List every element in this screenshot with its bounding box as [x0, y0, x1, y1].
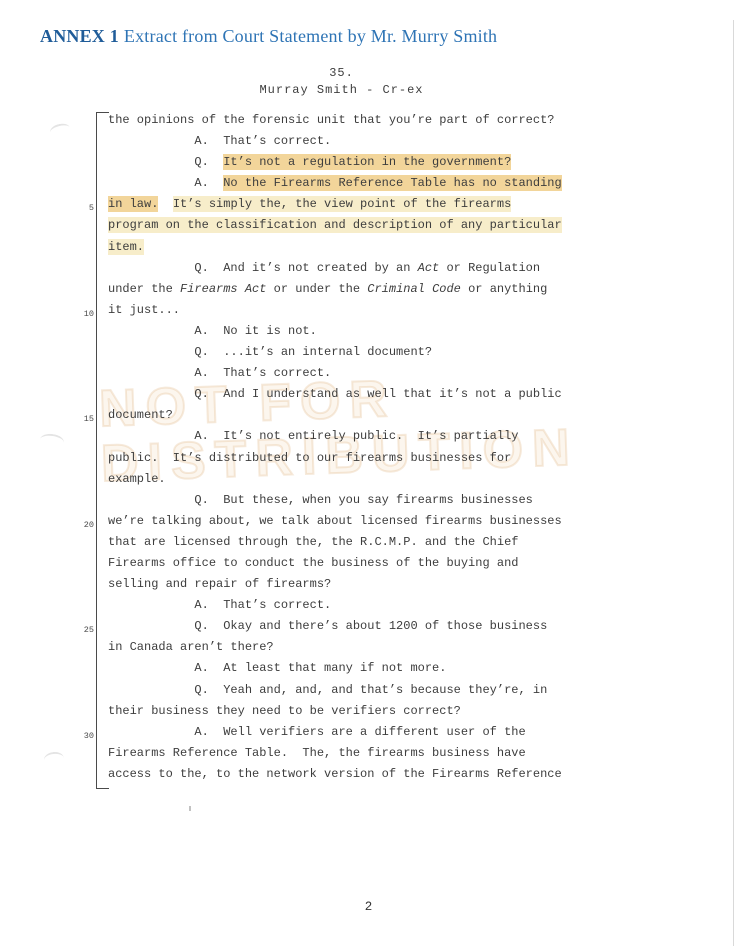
text-segment: Q. And it’s not created by an [108, 261, 418, 275]
line-number: 25 [68, 620, 94, 641]
text-segment: Act [418, 261, 440, 275]
transcript-line: Q. ...it’s an internal document? [108, 342, 608, 363]
text-segment: No the Firearms Reference Table has no s… [223, 176, 561, 190]
transcript-line: A. No the Firearms Reference Table has n… [108, 173, 608, 194]
text-segment: public. It’s distributed to our firearms… [108, 451, 511, 465]
transcript-line: access to the, to the network version of… [108, 764, 608, 785]
scan-artifact [49, 122, 71, 138]
text-segment: item. [108, 240, 144, 254]
text-segment: A. Well verifiers are a different user o… [108, 725, 526, 739]
transcript-line: A. That’s correct. [108, 131, 608, 152]
transcript-header-title: Murray Smith - Cr-ex [108, 82, 575, 99]
text-segment: It’s simply the, the view point of the f… [173, 197, 511, 211]
transcript-line: 10it just... [108, 300, 608, 321]
transcript-line: Q. But these, when you say firearms busi… [108, 490, 608, 511]
text-segment: A. No it is not. [108, 324, 317, 338]
transcript-page-number: 35. [108, 65, 575, 82]
scan-edge-line [733, 20, 735, 946]
text-segment: Q. And I understand as well that it’s no… [108, 387, 562, 401]
transcript-line: their business they need to be verifiers… [108, 701, 608, 722]
transcript-line: item. [108, 237, 608, 258]
transcript-line: A. No it is not. [108, 321, 608, 342]
text-segment: or Regulation [439, 261, 540, 275]
transcript-line: the opinions of the forensic unit that y… [108, 110, 608, 131]
line-number: 20 [68, 515, 94, 536]
text-segment: Firearms Reference Table. The, the firea… [108, 746, 526, 760]
text-segment: the opinions of the forensic unit that y… [108, 113, 554, 127]
text-segment [158, 197, 172, 211]
text-segment: Firearms office to conduct the business … [108, 556, 518, 570]
document-page: ANNEX 1Extract from Court Statement by M… [0, 0, 737, 946]
text-segment: A. [108, 176, 223, 190]
scan-artifact [43, 751, 64, 767]
transcript-page-head: 35. Murray Smith - Cr-ex [108, 65, 575, 99]
text-segment: it just... [108, 303, 180, 317]
text-segment: that are licensed through the, the R.C.M… [108, 535, 518, 549]
line-number: 15 [68, 409, 94, 430]
transcript-line: that are licensed through the, the R.C.M… [108, 532, 608, 553]
text-segment: Q. ...it’s an internal document? [108, 345, 432, 359]
text-segment: under the [108, 282, 180, 296]
text-segment: example. [108, 472, 166, 486]
text-segment: Q. Okay and there’s about 1200 of those … [108, 619, 547, 633]
transcript-line: 30 A. Well verifiers are a different use… [108, 722, 608, 743]
text-segment: we’re talking about, we talk about licen… [108, 514, 562, 528]
transcript-line: public. It’s distributed to our firearms… [108, 448, 608, 469]
text-segment: A. That’s correct. [108, 366, 331, 380]
line-number: 10 [68, 304, 94, 325]
text-segment: Q. But these, when you say firearms busi… [108, 493, 533, 507]
transcript-line: 25 Q. Okay and there’s about 1200 of tho… [108, 616, 608, 637]
text-segment: It’s not a regulation in the government? [223, 155, 511, 169]
text-segment: A. At least that many if not more. [108, 661, 446, 675]
margin-bracket [96, 112, 109, 789]
text-segment: their business they need to be verifiers… [108, 704, 461, 718]
text-segment: selling and repair of firearms? [108, 577, 331, 591]
text-segment: A. That’s correct. [108, 134, 331, 148]
text-segment: document? [108, 408, 173, 422]
transcript-scan: NOT FOR DISTRIBUTION 35. Murray Smith - … [0, 0, 737, 946]
transcript-line: 15document? [108, 405, 608, 426]
text-segment: in law. [108, 197, 158, 211]
transcript-line: under the Firearms Act or under the Crim… [108, 279, 608, 300]
transcript-line: A. At least that many if not more. [108, 658, 608, 679]
transcript-line: example. [108, 469, 608, 490]
text-segment: or anything [461, 282, 547, 296]
text-segment: A. It’s not entirely public. It’s partia… [108, 429, 518, 443]
transcript-line: Firearms office to conduct the business … [108, 553, 608, 574]
text-segment: Q. [108, 155, 223, 169]
transcript-line: 5in law. It’s simply the, the view point… [108, 194, 608, 215]
text-segment: in Canada aren’t there? [108, 640, 274, 654]
transcript-line: Q. Yeah and, and, and that’s because the… [108, 680, 608, 701]
line-number: 30 [68, 726, 94, 747]
transcript-line: Q. And I understand as well that it’s no… [108, 384, 608, 405]
transcript-line: A. That’s correct. [108, 595, 608, 616]
transcript-line: 20we’re talking about, we talk about lic… [108, 511, 608, 532]
transcript-line: selling and repair of firearms? [108, 574, 608, 595]
transcript-line: A. That’s correct. [108, 363, 608, 384]
transcript-line: A. It’s not entirely public. It’s partia… [108, 426, 608, 447]
text-segment: Firearms Act [180, 282, 266, 296]
transcript-line: program on the classification and descri… [108, 215, 608, 236]
transcript-line: Firearms Reference Table. The, the firea… [108, 743, 608, 764]
scan-speck [189, 806, 191, 811]
text-segment: access to the, to the network version of… [108, 767, 562, 781]
transcript-lines: the opinions of the forensic unit that y… [108, 110, 608, 785]
text-segment: or under the [266, 282, 367, 296]
text-segment: A. That’s correct. [108, 598, 331, 612]
text-segment: Criminal Code [367, 282, 461, 296]
page-footer-number: 2 [0, 900, 737, 914]
transcript-line: Q. It’s not a regulation in the governme… [108, 152, 608, 173]
line-number: 5 [68, 198, 94, 219]
transcript-line: Q. And it’s not created by an Act or Reg… [108, 258, 608, 279]
text-segment: program on the classification and descri… [108, 218, 562, 232]
scan-artifact [39, 432, 65, 449]
transcript-line: in Canada aren’t there? [108, 637, 608, 658]
text-segment: Q. Yeah and, and, and that’s because the… [108, 683, 547, 697]
